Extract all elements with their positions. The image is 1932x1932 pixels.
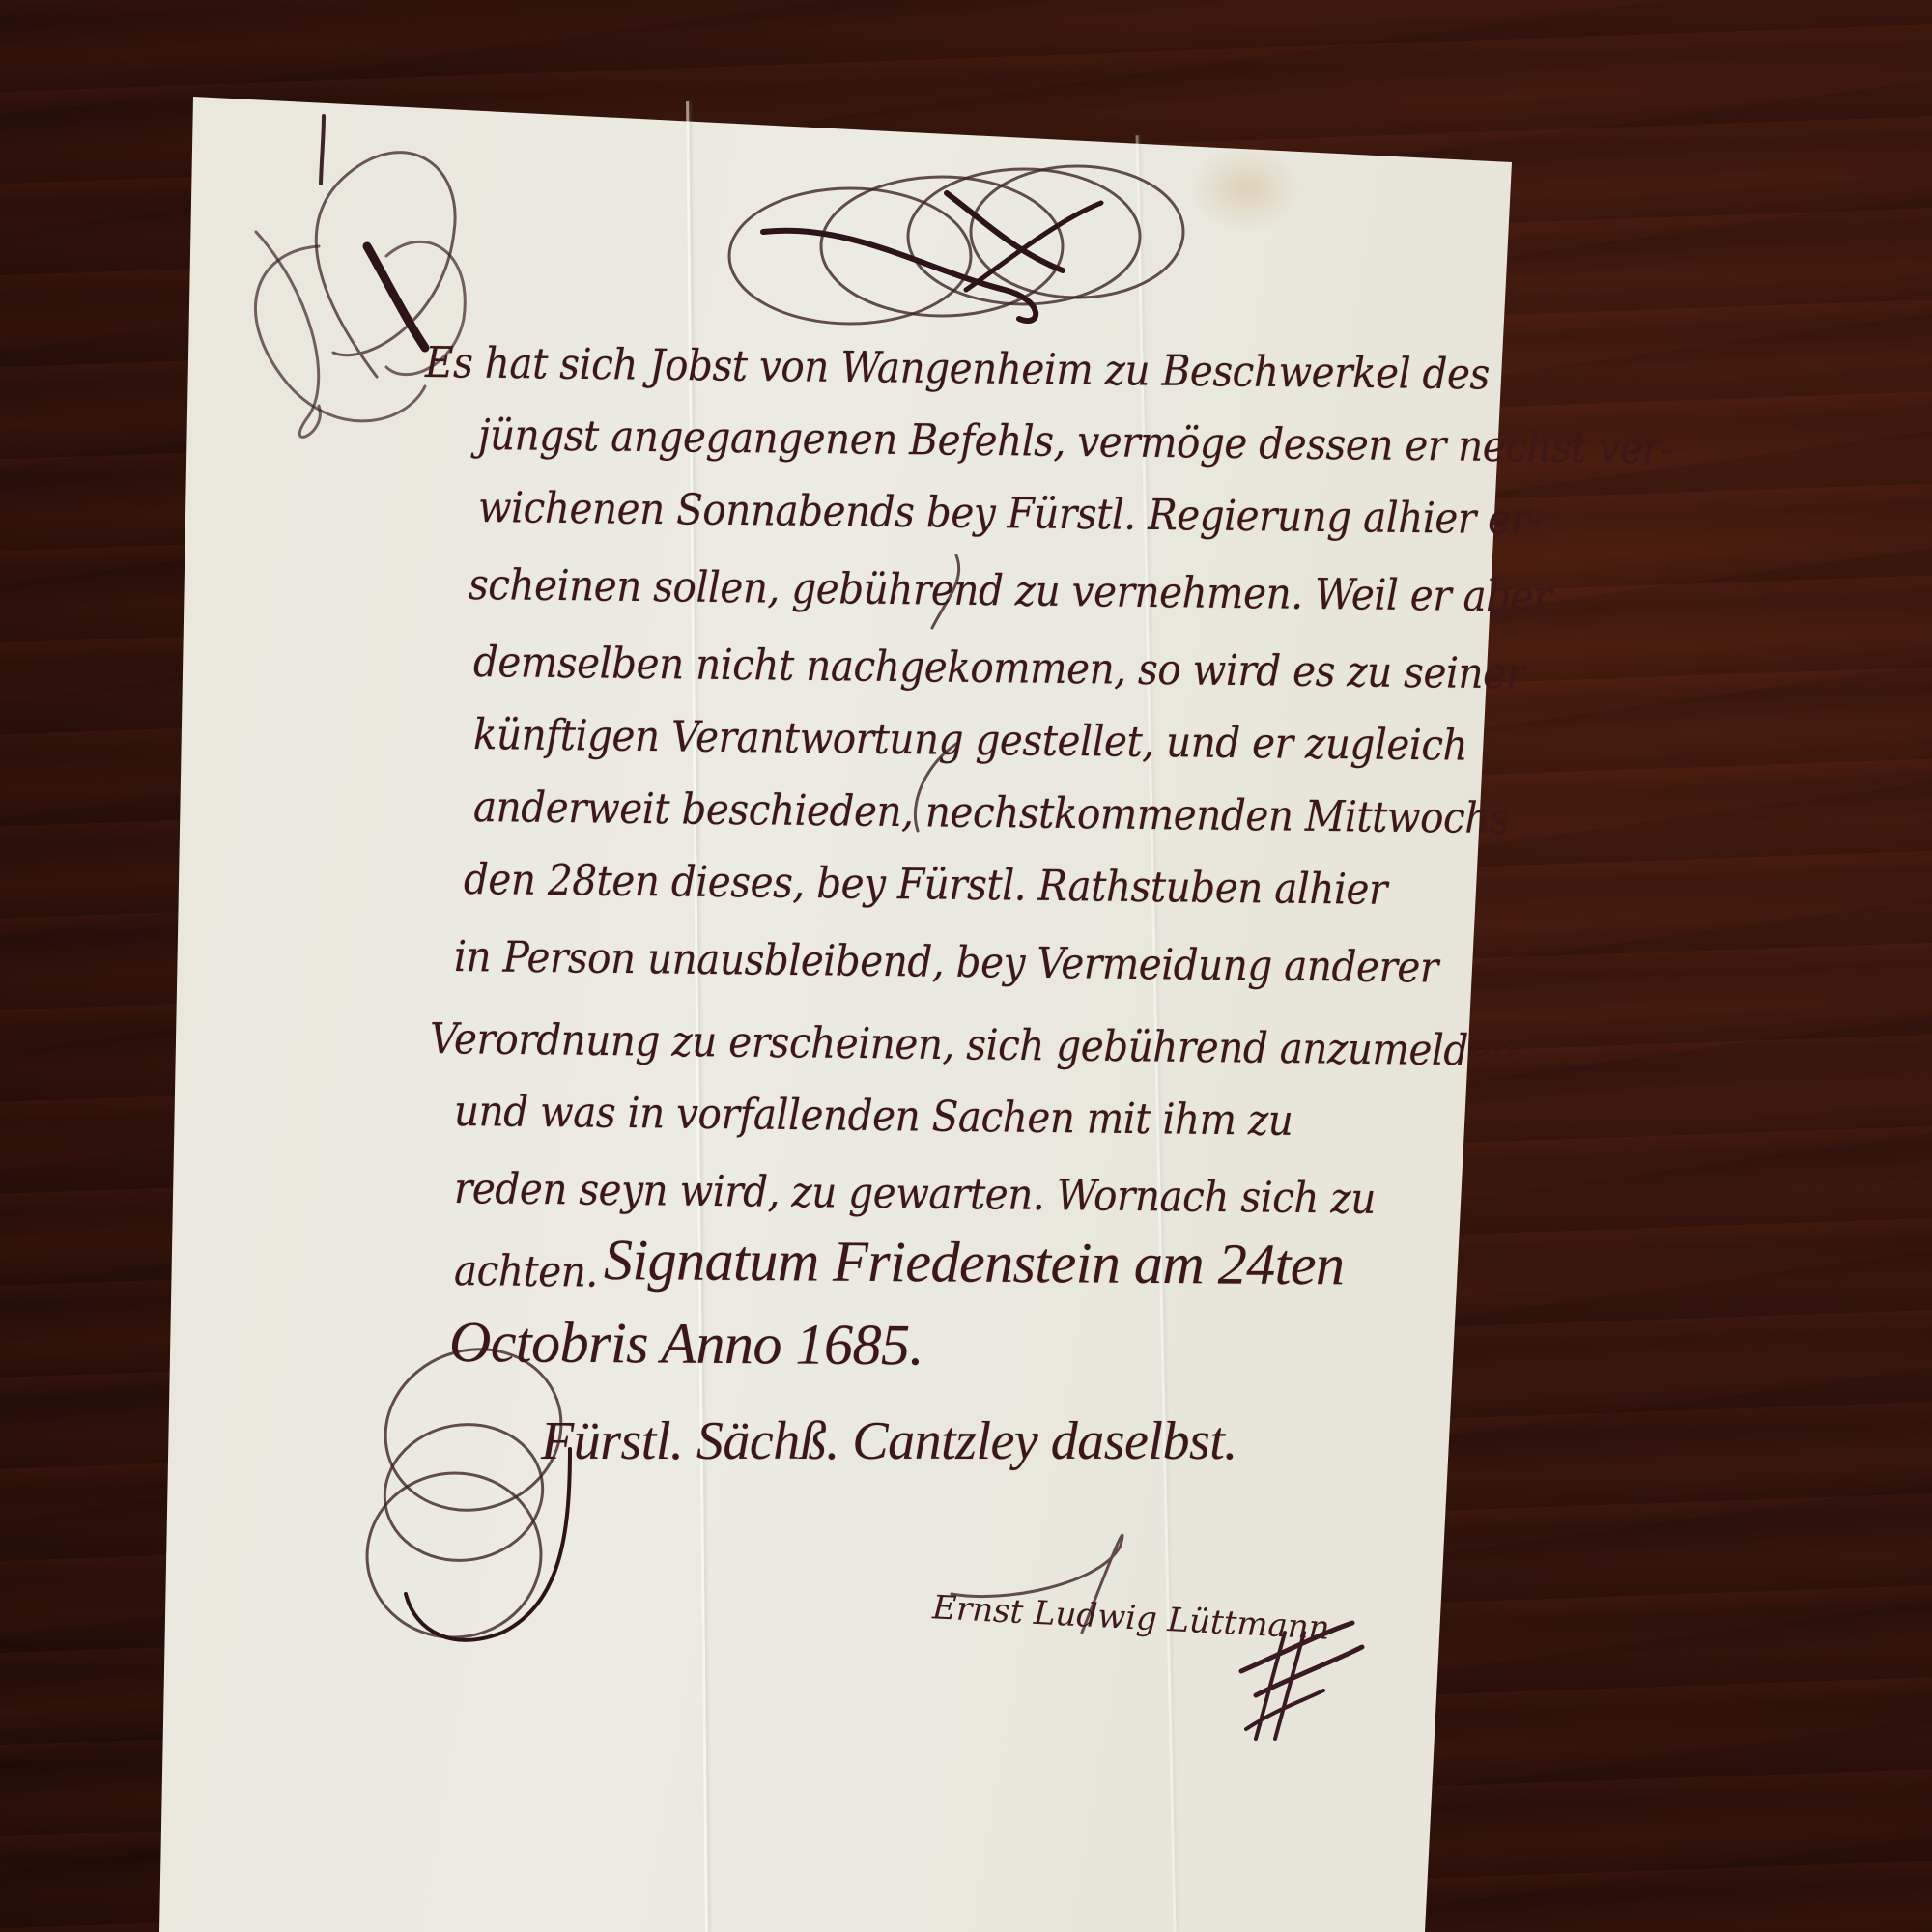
paper-stain [1188,145,1304,232]
document-body-line: reden seyn wird, zu gewarten. Wornach si… [454,1164,1376,1224]
document-body-line: und was in vorfallenden Sachen mit ihm z… [454,1087,1293,1146]
signatum-place-date: Signatum Friedenstein am 24ten [604,1227,1345,1298]
document-body-line: den 28ten dieses, bey Fürstl. Rathstuben… [464,855,1387,915]
date-line: Octobris Anno 1685. [449,1309,924,1378]
closing-text: achten. [454,1246,598,1297]
chancery-attribution: Fürstl. Sächß. Cantzley daselbst. [541,1410,1237,1472]
document-sheet: Es hat sich Jobst von Wangenheim zu Besc… [0,0,1932,1932]
